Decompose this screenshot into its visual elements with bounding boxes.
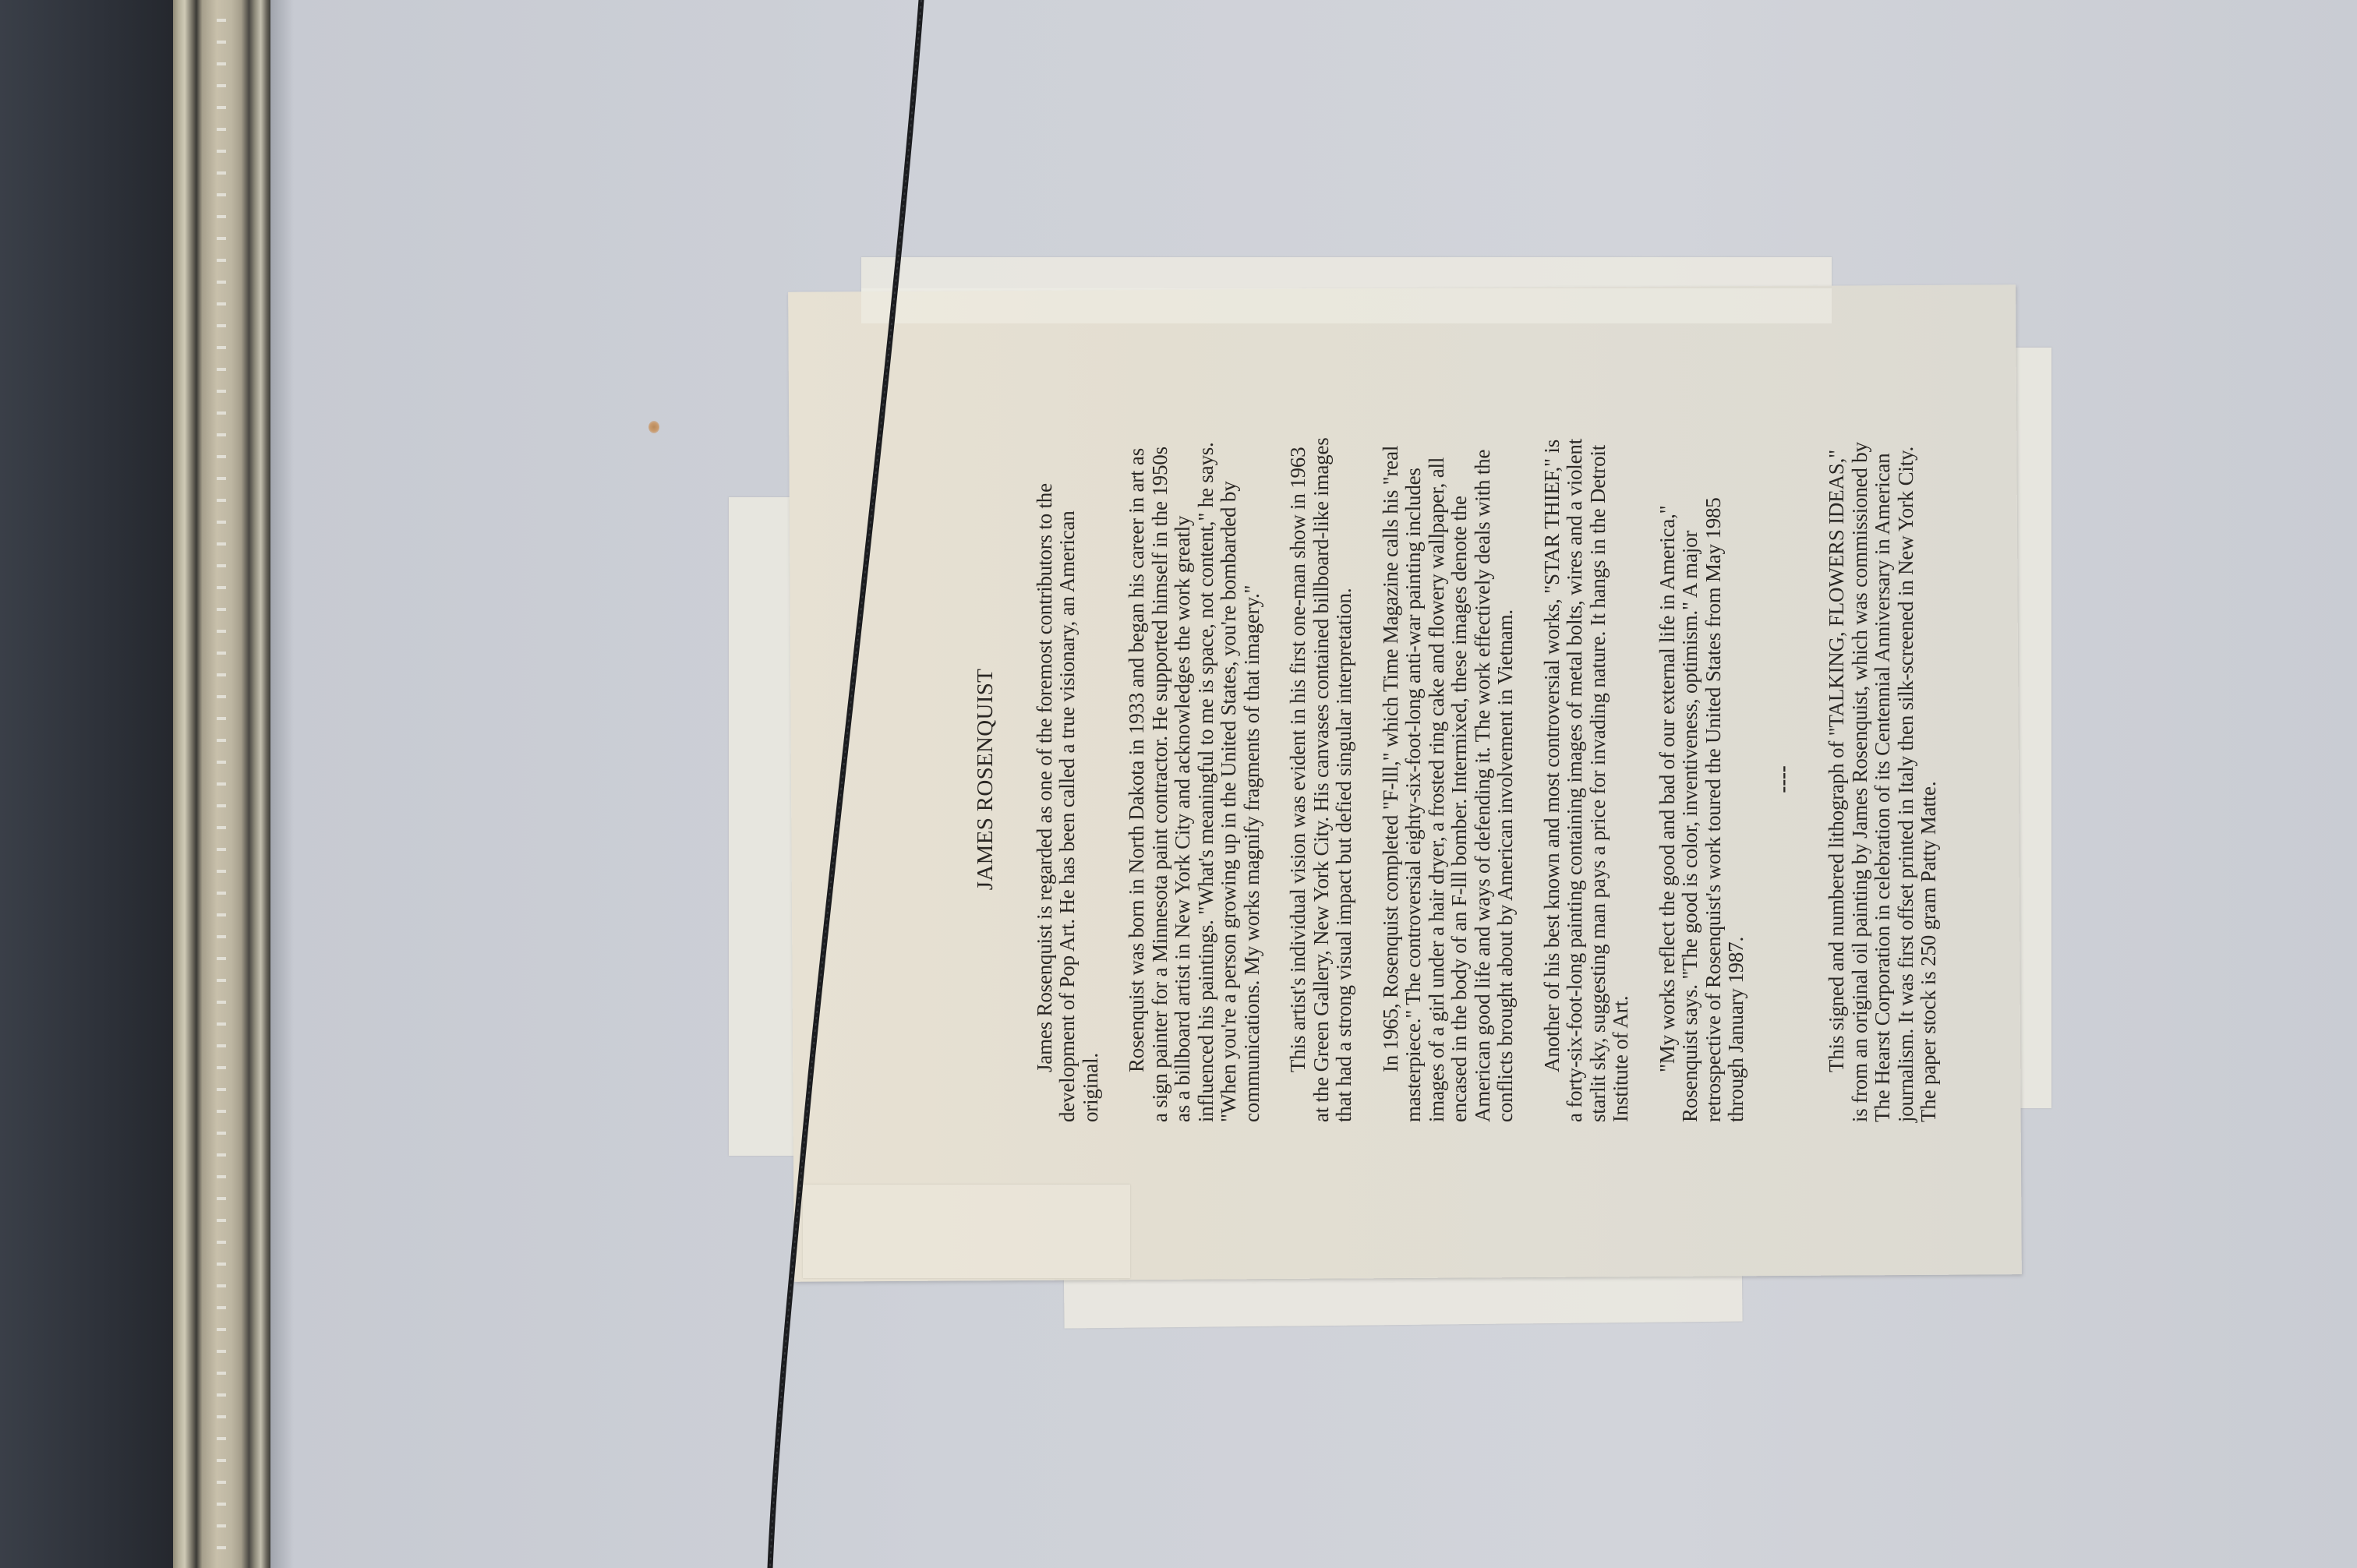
- paragraph-first-show: This artist's individual vision was evid…: [1287, 436, 1356, 1122]
- dark-wall-background: [0, 0, 178, 1568]
- backing-stain: [648, 421, 659, 433]
- paragraph-biography: Rosenquist was born in North Dakota in 1…: [1125, 436, 1263, 1122]
- backing-board-shadow: [270, 0, 294, 1568]
- frame-embossed-markings: [206, 0, 237, 1568]
- paragraph-f111: In 1965, Rosenquist completed "F-lll," w…: [1380, 436, 1518, 1122]
- separator: ----: [1772, 436, 1795, 1122]
- paragraph-lithograph: This signed and numbered lithograph of "…: [1825, 436, 1941, 1122]
- paragraph-intro: James Rosenquist is regarded as one of t…: [1034, 436, 1103, 1122]
- paragraph-star-thief: Another of his best known and most contr…: [1541, 436, 1633, 1122]
- document-title: JAMES ROSENQUIST: [974, 436, 998, 1122]
- paragraph-retrospective: "My works reflect the good and bad of ou…: [1656, 436, 1748, 1122]
- photo-scene: JAMES ROSENQUIST James Rosenquist is reg…: [0, 0, 2357, 1568]
- document-text: JAMES ROSENQUIST James Rosenquist is reg…: [974, 436, 1964, 1122]
- tape-strip-bottom-left: [803, 1185, 1130, 1278]
- tape-overlap-top: [861, 288, 1832, 323]
